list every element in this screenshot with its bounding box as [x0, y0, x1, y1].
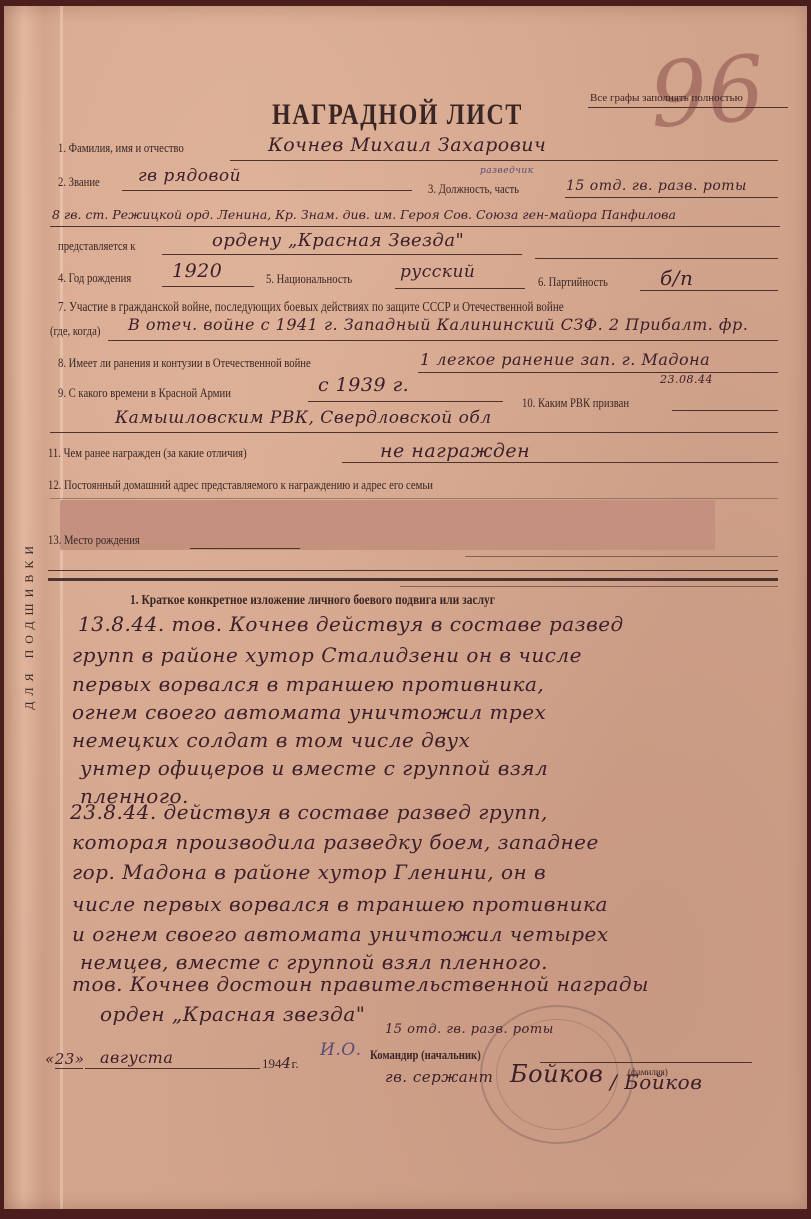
- signer-rank: гв. сержант: [385, 1068, 493, 1086]
- presented-line-2: [535, 258, 778, 259]
- field-2-label: 2. Звание: [58, 174, 100, 190]
- presented-line: [162, 254, 522, 255]
- field-5-line: [395, 288, 525, 289]
- field-4-label: 4. Год рождения: [58, 270, 131, 286]
- p2-line: 23.8.44. действуя в составе развед групп…: [70, 800, 548, 824]
- field-1-label: 1. Фамилия, имя и отчество: [58, 140, 184, 156]
- section-heading: 1. Краткое конкретное изложение личного …: [130, 593, 495, 609]
- p2-line: гор. Мадона в районе хутор Гленини, он в: [72, 860, 546, 884]
- field-6-label: 6. Партийность: [538, 274, 608, 290]
- p1-line: 13.8.44. тов. Кочнев действуя в составе …: [78, 612, 624, 636]
- year-mark: г.: [292, 1056, 299, 1071]
- p1-line: огнем своего автомата уничтожил трех: [72, 700, 546, 724]
- date-day: «23»: [45, 1050, 84, 1068]
- separator-thick: [48, 578, 778, 581]
- field-7-line: [108, 340, 778, 341]
- date-day-line: [55, 1068, 83, 1069]
- p1-line: первых ворвался в траншею противника,: [72, 672, 544, 696]
- field-7-label-2: (где, когда): [50, 323, 100, 339]
- redacted-address: [60, 500, 715, 550]
- field-7-value: В отеч. войне с 1941 г. Западный Калинин…: [128, 315, 748, 334]
- date-month: августа: [100, 1048, 173, 1067]
- field-5-label: 5. Национальность: [266, 271, 352, 287]
- field-3-label: 3. Должность, часть: [428, 181, 519, 197]
- p2-line: и огнем своего автомата уничтожил четыре…: [72, 922, 609, 946]
- field-6-value: б/п: [660, 266, 693, 290]
- field-8-label: 8. Имеет ли ранения и контузии в Отечест…: [58, 355, 311, 371]
- field-3-line: [565, 197, 778, 198]
- presented-value: ордену „Красная Звезда": [212, 230, 464, 251]
- field-3-annotation: разведчик: [480, 166, 534, 176]
- field-8-line: [418, 372, 778, 373]
- top-note-text: Все графы заполнять полностью: [590, 92, 743, 104]
- document-title: НАГРАДНОЙ ЛИСТ: [272, 98, 523, 132]
- p1-line: унтер офицеров и вместе с группой взял: [80, 756, 548, 780]
- field-12-line: [50, 498, 778, 499]
- p2-line: немцев, вместе с группой взял пленного.: [80, 950, 548, 974]
- field-10-line: [672, 410, 778, 411]
- p2-line: тов. Кочнев достоин правительственной на…: [72, 972, 649, 996]
- field-1-value: Кочнев Михаил Захарович: [268, 134, 546, 156]
- field-11-value: не награжден: [380, 440, 530, 462]
- top-note: Все графы заполнять полностью: [590, 92, 743, 104]
- field-9-label: 9. С какого времени в Красной Армии: [58, 385, 231, 401]
- field-4-value: 1920: [172, 260, 222, 282]
- divider: [588, 107, 788, 108]
- field-11-label: 11. Чем ранее награжден (за какие отличи…: [48, 445, 247, 461]
- field-2-line: [122, 190, 412, 191]
- margin-binding-text: ДЛЯ ПОДШИВКИ: [22, 540, 42, 710]
- field-10-value: Камышловским РВК, Свердловской обл: [115, 408, 492, 428]
- field-13-label: 13. Место рождения: [48, 532, 140, 548]
- signer-unit: 15 отд. гв. разв. роты: [385, 1022, 554, 1037]
- field-13-line-2: [465, 556, 778, 557]
- field-9-value: с 1939 г.: [318, 374, 409, 396]
- signer-surname: / Бойков: [610, 1070, 702, 1094]
- acting-mark: И.О.: [320, 1040, 362, 1060]
- field-8-value: 1 легкое ранение зап. г. Мадона: [420, 350, 710, 369]
- separator-thin: [48, 570, 778, 571]
- p1-line: немецких солдат в том числе двух: [72, 728, 470, 752]
- separator-dash: [400, 586, 778, 587]
- unit-underline: [50, 226, 780, 227]
- field-6-line: [640, 290, 778, 291]
- field-10-label: 10. Каким РВК призван: [522, 395, 629, 411]
- field-11-line: [342, 462, 778, 463]
- date-day-value: 23: [55, 1050, 75, 1068]
- year-suffix: 4: [282, 1054, 292, 1072]
- presented-label: представляется к: [58, 238, 135, 254]
- date-year: 1944г.: [262, 1054, 299, 1072]
- field-7-label: 7. Участие в гражданской войне, последую…: [58, 299, 564, 315]
- field-10-value-line: [50, 432, 778, 433]
- p2-line: которая производила разведку боем, запад…: [72, 830, 599, 854]
- year-prefix: 194: [262, 1056, 282, 1071]
- handwritten-signature: Бойков: [510, 1060, 603, 1088]
- p2-line: числе первых ворвался в траншею противни…: [72, 892, 608, 916]
- field-4-line: [162, 286, 254, 287]
- field-13-line: [190, 548, 300, 549]
- field-2-value: гв рядовой: [138, 166, 241, 186]
- field-3-value: 15 отд. гв. разв. роты: [566, 178, 747, 194]
- field-1-line: [230, 160, 778, 161]
- field-5-value: русский: [400, 262, 475, 282]
- field-9-line: [308, 401, 503, 402]
- field-8-date: 23.08.44: [660, 373, 713, 386]
- field-12-label: 12. Постоянный домашний адрес представля…: [48, 477, 433, 493]
- date-month-line: [85, 1068, 260, 1069]
- unit-line: 8 гв. ст. Режицкой орд. Ленина, Кр. Знам…: [52, 207, 676, 222]
- p2-line: орден „Красная звезда": [100, 1002, 365, 1026]
- p1-line: групп в районе хутор Сталидзени он в чис…: [72, 643, 582, 667]
- commander-label: Командир (начальник): [370, 1047, 481, 1063]
